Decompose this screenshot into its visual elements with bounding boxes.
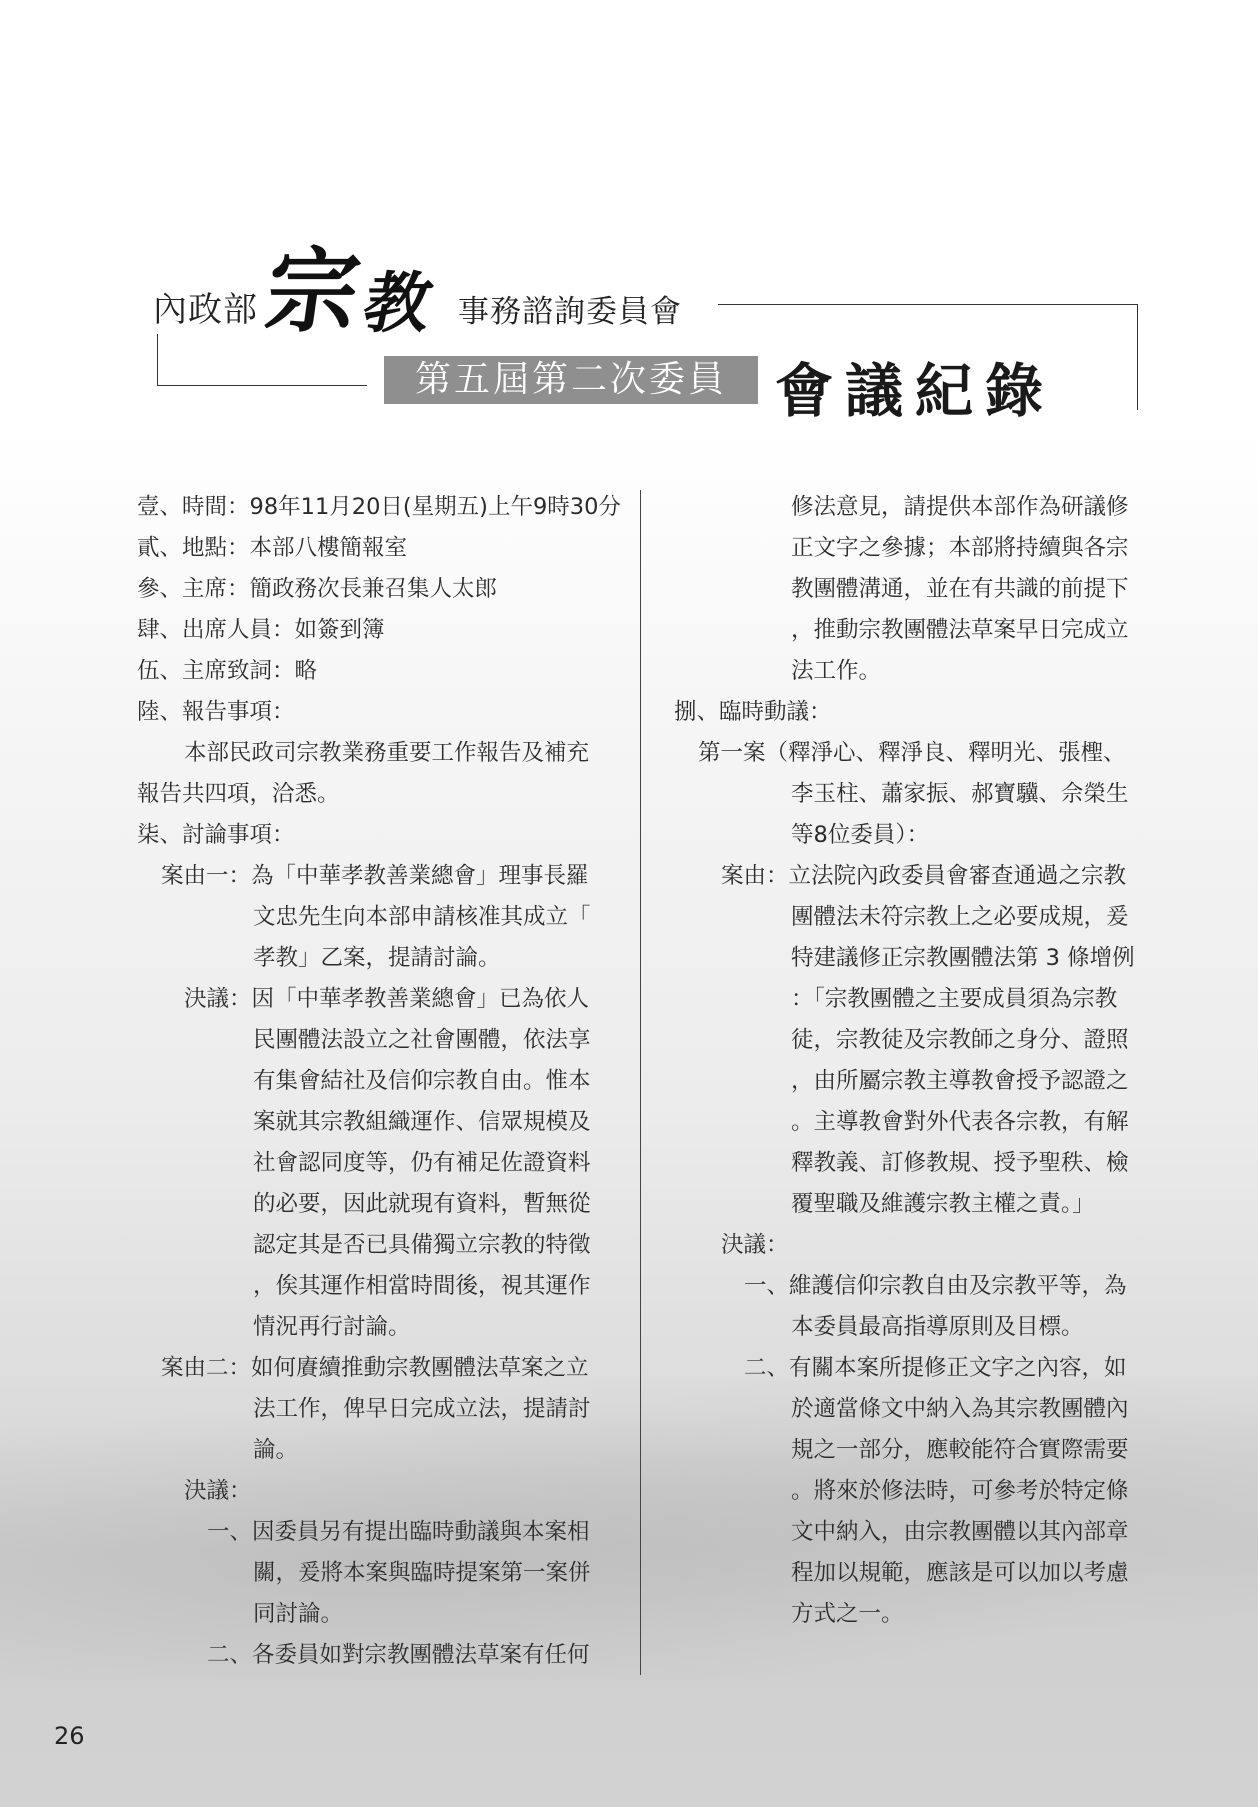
org-name: 內政部	[153, 282, 258, 331]
motion-1-resolution-text: 方式之一。	[674, 1594, 1154, 1635]
motion-1-cause-text: 釋教義、訂修教規、授予聖秩、檢	[674, 1143, 1154, 1184]
motion-1-resolution-text: 本委員最高指導原則及目標。	[674, 1307, 1154, 1348]
motion-1-resolution-point-1: 一、維護信仰宗教自由及宗教平等，為	[674, 1266, 1154, 1307]
case-2-resolution-text: 教團體溝通，並在有共識的前提下	[674, 569, 1154, 610]
case-1-resolution-text: 有集會結社及信仰宗教自由。惟本	[137, 1061, 617, 1102]
case-1-text: 文忠先生向本部申請核准其成立「	[137, 897, 617, 938]
motion-1-resolution-text: 文中納入，由宗教團體以其內部章	[674, 1512, 1154, 1553]
header-rule-top	[718, 304, 1138, 305]
case-2-text: 論。	[137, 1430, 617, 1471]
minutes-title: 會議紀錄	[775, 344, 1055, 428]
page-number: 26	[54, 1722, 85, 1750]
motion-1-resolution-point-2: 二、有關本案所提修正文字之內容，如	[674, 1348, 1154, 1389]
case-2-resolution: 決議：	[137, 1471, 617, 1512]
case-1-resolution-text: 認定其是否已具備獨立宗教的特徵	[137, 1225, 617, 1266]
motion-1-cause: 案由：立法院內政委員會審查通過之宗教	[674, 856, 1154, 897]
header-rule-left	[157, 334, 158, 386]
header-rule-bottom	[157, 385, 367, 386]
item-extempore-motions-heading: 捌、臨時動議：	[674, 692, 1154, 733]
motion-1-resolution-text: 規之一部分，應較能符合實際需要	[674, 1430, 1154, 1471]
title-calligraphy-1: 宗	[259, 218, 370, 350]
case-1-resolution-text: 的必要，因此就現有資料，暫無從	[137, 1184, 617, 1225]
motion-1-resolution-text: 。將來於修法時，可參考於特定條	[674, 1471, 1154, 1512]
case-1-text: 孝教」乙案，提請討論。	[137, 938, 617, 979]
motion-1-members: 李玉柱、蕭家振、郝寶驥、佘榮生	[674, 774, 1154, 815]
motion-1-cause-text: ，由所屬宗教主導教會授予認證之	[674, 1061, 1154, 1102]
motion-1-title: 第一案（釋淨心、釋淨良、釋明光、張檉、	[674, 733, 1154, 774]
case-1-resolution-text: 社會認同度等，仍有補足佐證資料	[137, 1143, 617, 1184]
reports-text: 報告共四項，洽悉。	[137, 774, 617, 815]
case-1-resolution-text: 情況再行討論。	[137, 1307, 617, 1348]
case-1-resolution-text: 案就其宗教組織運作、信眾規模及	[137, 1102, 617, 1143]
right-column: 修法意見，請提供本部作為研議修 正文字之參據；本部將持續與各宗 教團體溝通，並在…	[674, 487, 1154, 1635]
motion-1-resolution-text: 於適當條文中納入為其宗教團體內	[674, 1389, 1154, 1430]
case-2-resolution-text: 正文字之參據；本部將持續與各宗	[674, 528, 1154, 569]
item-time: 壹、時間：98年11月20日(星期五)上午9時30分	[137, 487, 617, 528]
motion-1-members: 等8位委員）：	[674, 815, 1154, 856]
item-discussion-heading: 柒、討論事項：	[137, 815, 617, 856]
motion-1-cause-text: 團體法未符宗教上之必要成規，爰	[674, 897, 1154, 938]
case-2-resolution-text: 關，爰將本案與臨時提案第一案併	[137, 1553, 617, 1594]
case-2-resolution-text: ，推動宗教團體法草案早日完成立	[674, 610, 1154, 651]
case-2-resolution-text: 修法意見，請提供本部作為研議修	[674, 487, 1154, 528]
item-chair-speech: 伍、主席致詞：略	[137, 651, 617, 692]
case-2-resolution-text: 同討論。	[137, 1594, 617, 1635]
motion-1-resolution: 決議：	[674, 1225, 1154, 1266]
case-2-text: 法工作，俾早日完成立法，提請討	[137, 1389, 617, 1430]
title-calligraphy-2: 教	[356, 250, 442, 345]
reports-text: 本部民政司宗教業務重要工作報告及補充	[137, 733, 617, 774]
case-2-title: 案由二：如何賡續推動宗教團體法草案之立	[137, 1348, 617, 1389]
case-1-resolution-text: 民團體法設立之社會團體，依法享	[137, 1020, 617, 1061]
case-2-resolution-text: 法工作。	[674, 651, 1154, 692]
motion-1-resolution-text: 程加以規範，應該是可以加以考慮	[674, 1553, 1154, 1594]
header-rule-right	[1137, 304, 1138, 410]
left-column: 壹、時間：98年11月20日(星期五)上午9時30分 貳、地點：本部八樓簡報室 …	[137, 487, 617, 1676]
motion-1-cause-text: ：「宗教團體之主要成員須為宗教	[674, 979, 1154, 1020]
committee-name: 事務諮詢委員會	[458, 286, 682, 331]
motion-1-cause-text: 特建議修正宗教團體法第 3 條增例	[674, 938, 1154, 979]
case-2-resolution-point-2: 二、各委員如對宗教團體法草案有任何	[137, 1635, 617, 1676]
case-2-resolution-point-1: 一、因委員另有提出臨時動議與本案相	[137, 1512, 617, 1553]
case-1-resolution-text: ，俟其運作相當時間後，視其運作	[137, 1266, 617, 1307]
item-location: 貳、地點：本部八樓簡報室	[137, 528, 617, 569]
item-attendees: 肆、出席人員：如簽到簿	[137, 610, 617, 651]
session-label: 第五屆第二次委員	[384, 356, 758, 404]
column-divider	[640, 490, 641, 1675]
item-chair: 參、主席：簡政務次長兼召集人太郎	[137, 569, 617, 610]
motion-1-cause-text: 覆聖職及維護宗教主權之責。」	[674, 1184, 1154, 1225]
case-1-resolution: 決議：因「中華孝教善業總會」已為依人	[137, 979, 617, 1020]
motion-1-cause-text: 。主導教會對外代表各宗教，有解	[674, 1102, 1154, 1143]
item-reports-heading: 陸、報告事項：	[137, 692, 617, 733]
motion-1-cause-text: 徒，宗教徒及宗教師之身分、證照	[674, 1020, 1154, 1061]
case-1-title: 案由一：為「中華孝教善業總會」理事長羅	[137, 856, 617, 897]
